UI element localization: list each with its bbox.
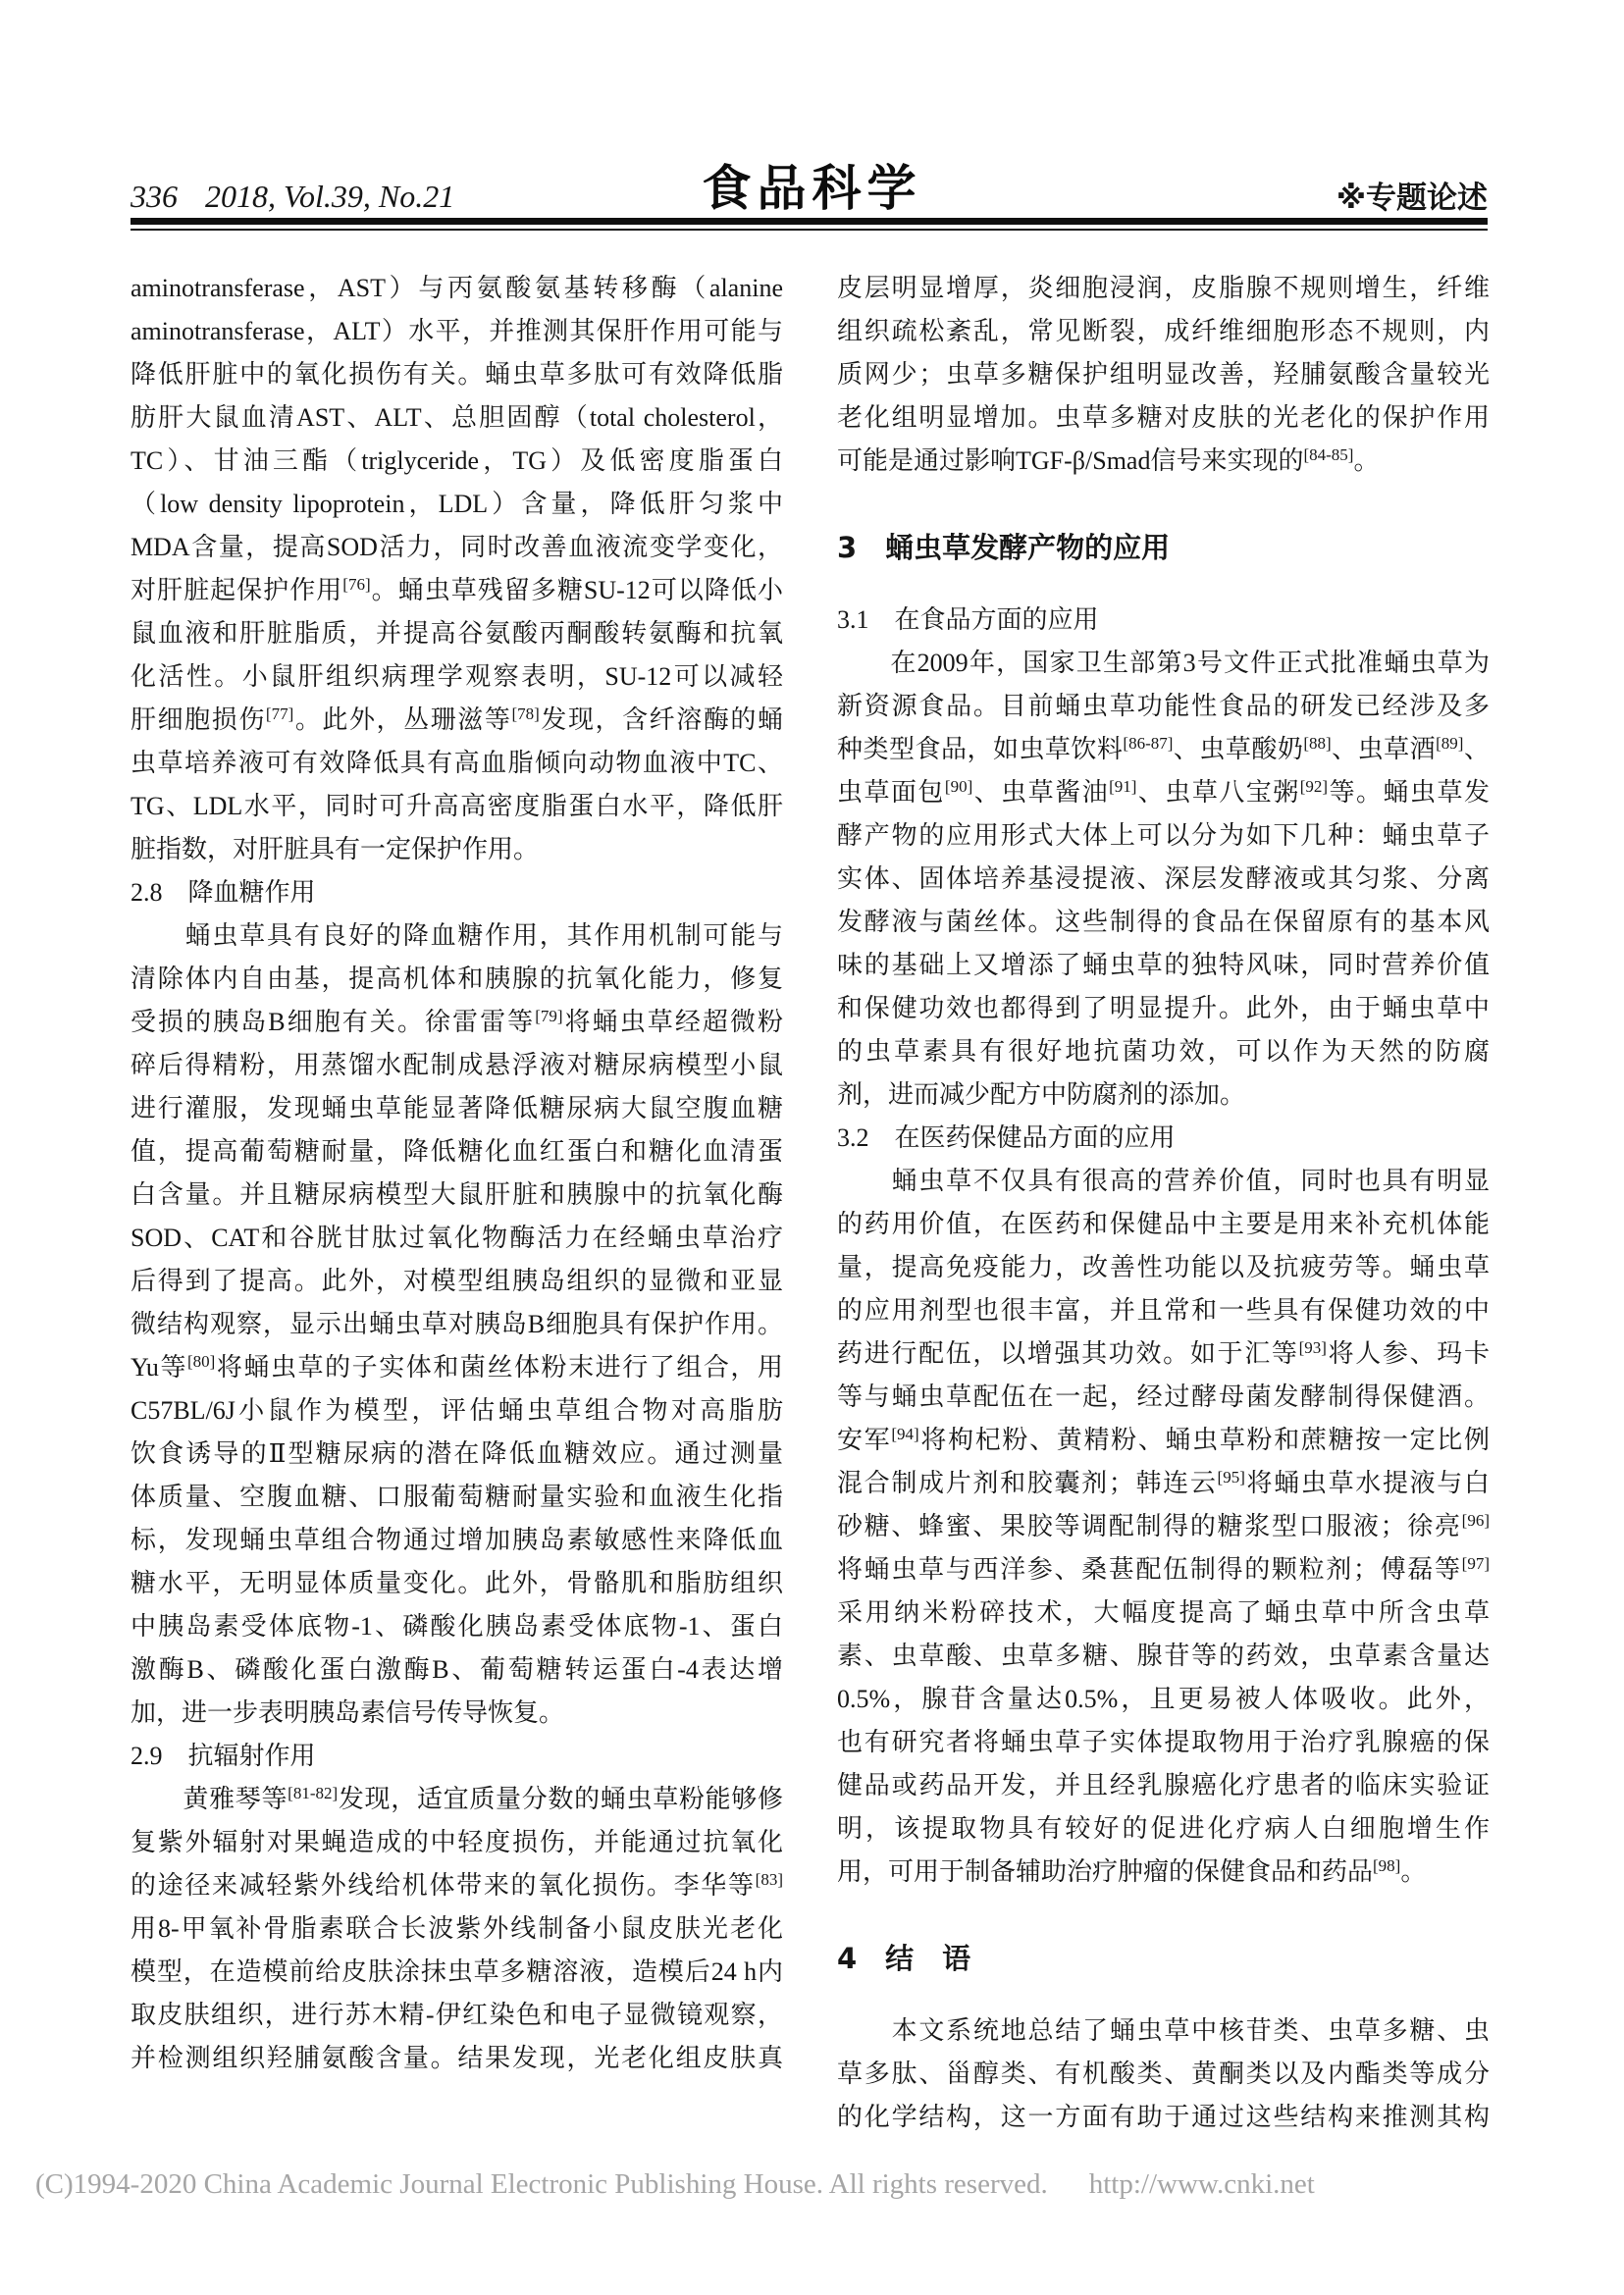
- body-line: 激酶B、磷酸化蛋白激酶B、葡萄糖转运蛋白-4表达增: [131, 1648, 783, 1692]
- subsection-heading: 3.1 在食品方面的应用: [837, 599, 1490, 642]
- page-footer: (C)1994-2020 China Academic Journal Elec…: [35, 2166, 1586, 2202]
- reference-marker: [93]: [1299, 1338, 1327, 1357]
- reference-marker: [90]: [945, 777, 972, 796]
- body-line: 体质量、空腹血糖、口服葡萄糖耐量实验和血液生化指: [131, 1476, 783, 1519]
- body-line: 清除体内自由基，提高机体和胰腺的抗氧化能力，修复: [131, 958, 783, 1001]
- body-line: TG、LDL水平，同时可升高高密度脂蛋白水平，降低肝: [131, 785, 783, 828]
- body-line: 白含量。并且糖尿病模型大鼠肝脏和胰腺中的抗氧化酶: [131, 1174, 783, 1217]
- body-line: 模型，在造模前给皮肤涂抹虫草多糖溶液，造模后24 h内: [131, 1951, 783, 1994]
- reference-marker: [97]: [1462, 1554, 1490, 1573]
- paragraph-end-line: 可能是通过影响TGF-β/Smad信号来实现的[84-85]。: [837, 440, 1490, 483]
- footer-url: http://www.cnki.net: [1089, 2168, 1315, 2200]
- reference-marker: [98]: [1373, 1856, 1400, 1875]
- left-text-column: aminotransferase，AST）与丙氨酸氨基转移酶（alanineam…: [131, 267, 783, 2080]
- subsection-heading: 2.9 抗辐射作用: [131, 1735, 783, 1778]
- body-line: 素、虫草酸、虫草多糖、腺苷等的药效，虫草素含量达: [837, 1635, 1490, 1678]
- body-line: 肝细胞损伤[77]。此外，丛珊滋等[78]发现，含纤溶酶的蛹: [131, 699, 783, 742]
- reference-marker: [79]: [535, 1007, 562, 1025]
- body-line: 和保健功效也都得到了明显提升。此外，由于蛹虫草中: [837, 987, 1490, 1030]
- copyright-text: (C)1994-2020 China Academic Journal Elec…: [35, 2168, 1048, 2200]
- body-line: 黄雅琴等[81-82]发现，适宜质量分数的蛹虫草粉能够修: [131, 1778, 783, 1821]
- body-line: aminotransferase，AST）与丙氨酸氨基转移酶（alanine: [131, 267, 783, 310]
- subsection-heading: 2.8 降血糖作用: [131, 871, 783, 914]
- header-rule-thin: [131, 229, 1488, 231]
- body-line: 的应用剂型也很丰富，并且常和一些具有保健功效的中: [837, 1289, 1490, 1332]
- body-line: TC）、甘油三酯（triglyceride，TG）及低密度脂蛋白: [131, 440, 783, 483]
- subsection-heading: 3.2 在医药保健品方面的应用: [837, 1117, 1490, 1160]
- body-line: 本文系统地总结了蛹虫草中核苷类、虫草多糖、虫: [837, 2009, 1490, 2053]
- body-line: 碎后得精粉，用蒸馏水配制成悬浮液对糖尿病模型小鼠: [131, 1044, 783, 1087]
- body-line: 肪肝大鼠血清AST、ALT、总胆固醇（total cholesterol，: [131, 396, 783, 440]
- body-line: SOD、CAT和谷胱甘肽过氧化物酶活力在经蛹虫草治疗: [131, 1217, 783, 1260]
- reference-marker: [95]: [1218, 1468, 1245, 1487]
- body-line: 实体、固体培养基浸提液、深层发酵液或其匀浆、分离: [837, 858, 1490, 901]
- reference-marker: [83]: [756, 1870, 783, 1889]
- body-line: 化活性。小鼠肝组织病理学观察表明，SU-12可以减轻: [131, 655, 783, 699]
- body-line: 饮食诱导的Ⅱ型糖尿病的潜在降低血糖效应。通过测量: [131, 1433, 783, 1476]
- body-line: 混合制成片剂和胶囊剂；韩连云[95]将蛹虫草水提液与白: [837, 1462, 1490, 1505]
- body-line: 药进行配伍，以增强其功效。如于汇等[93]将人参、玛卡: [837, 1332, 1490, 1376]
- body-line: 进行灌服，发现蛹虫草能显著降低糖尿病大鼠空腹血糖: [131, 1087, 783, 1130]
- body-line: 复紫外辐射对果蝇造成的中轻度损伤，并能通过抗氧化: [131, 1821, 783, 1864]
- reference-marker: [84-85]: [1303, 445, 1353, 464]
- right-text-column: 皮层明显增厚，炎细胞浸润，皮脂腺不规则增生，纤维组织疏松紊乱，常见断裂，成纤维细…: [837, 267, 1490, 2139]
- body-line: 后得到了提高。此外，对模型组胰岛组织的显微和亚显: [131, 1260, 783, 1303]
- body-line: 将蛹虫草与西洋参、桑葚配伍制得的颗粒剂；傅磊等[97]: [837, 1548, 1490, 1591]
- body-line: 安军[94]将枸杞粉、黄精粉、蛹虫草粉和蔗糖按一定比例: [837, 1419, 1490, 1462]
- header-rule-thick: [131, 218, 1488, 225]
- section-heading: 3 蛹虫草发酵产物的应用: [837, 526, 1490, 569]
- body-line: Yu等[80]将蛹虫草的子实体和菌丝体粉末进行了组合，用: [131, 1346, 783, 1389]
- journal-scan-page: 336 2018, Vol.39, No.21 食品科学 ※专题论述 amino…: [0, 0, 1624, 2295]
- body-line: 皮层明显增厚，炎细胞浸润，皮脂腺不规则增生，纤维: [837, 267, 1490, 310]
- reference-marker: [77]: [266, 704, 293, 723]
- reference-marker: [81-82]: [288, 1784, 338, 1802]
- body-line: 鼠血液和肝脏脂质，并提高谷氨酸丙酮酸转氨酶和抗氧: [131, 612, 783, 655]
- paragraph-end-line: 加，进一步表明胰岛素信号传导恢复。: [131, 1692, 783, 1735]
- column-section-label: ※专题论述: [1336, 179, 1488, 218]
- body-line: 在2009年，国家卫生部第3号文件正式批准蛹虫草为: [837, 642, 1490, 685]
- reference-marker: [92]: [1300, 777, 1328, 796]
- body-line: 虫草面包[90]、虫草酱油[91]、虫草八宝粥[92]等。蛹虫草发: [837, 771, 1490, 814]
- body-line: 的虫草素具有很好地抗菌功效，可以作为天然的防腐: [837, 1030, 1490, 1073]
- paragraph-end-line: 剂，进而减少配方中防腐剂的添加。: [837, 1073, 1490, 1117]
- body-line: 受损的胰岛B细胞有关。徐雷雷等[79]将蛹虫草经超微粉: [131, 1001, 783, 1044]
- body-line: 标，发现蛹虫草组合物通过增加胰岛素敏感性来降低血: [131, 1519, 783, 1562]
- reference-marker: [88]: [1303, 734, 1331, 753]
- body-line: 量，提高免疫能力，改善性功能以及抗疲劳等。蛹虫草: [837, 1246, 1490, 1289]
- reference-marker: [91]: [1109, 777, 1136, 796]
- body-line: 砂糖、蜂蜜、果胶等调配制得的糖浆型口服液；徐亮[96]: [837, 1505, 1490, 1548]
- body-line: 种类型食品，如虫草饮料[86-87]、虫草酸奶[88]、虫草酒[89]、: [837, 728, 1490, 771]
- reference-marker: [76]: [342, 575, 370, 594]
- body-line: 也有研究者将蛹虫草子实体提取物用于治疗乳腺癌的保: [837, 1721, 1490, 1764]
- body-line: 酵产物的应用形式大体上可以分为如下几种：蛹虫草子: [837, 814, 1490, 858]
- body-line: C57BL/6J小鼠作为模型，评估蛹虫草组合物对高脂肪: [131, 1389, 783, 1433]
- body-line: 老化组明显增加。虫草多糖对皮肤的光老化的保护作用: [837, 396, 1490, 440]
- body-line: 用8-甲氧补骨脂素联合长波紫外线制备小鼠皮肤光老化: [131, 1907, 783, 1951]
- body-line: 健品或药品开发，并且经乳腺癌化疗患者的临床实验证: [837, 1764, 1490, 1807]
- paragraph-end-line: 脏指数，对肝脏具有一定保护作用。: [131, 828, 783, 871]
- body-line: 等与蛹虫草配伍在一起，经过酵母菌发酵制得保健酒。: [837, 1376, 1490, 1419]
- body-line: 0.5%，腺苷含量达0.5%，且更易被人体吸收。此外，: [837, 1678, 1490, 1721]
- paragraph-end-line: 用，可用于制备辅助治疗肿瘤的保健食品和药品[98]。: [837, 1851, 1490, 1894]
- body-line: 糖水平，无明显体质量变化。此外，骨骼肌和脂肪组织: [131, 1562, 783, 1605]
- body-line: 质网少；虫草多糖保护组明显改善，羟脯氨酸含量较光: [837, 353, 1490, 396]
- body-line: 味的基础上又增添了蛹虫草的独特风味，同时营养价值: [837, 944, 1490, 987]
- section-heading: 4 结 语: [837, 1937, 1490, 1980]
- reference-marker: [96]: [1462, 1511, 1490, 1530]
- reference-marker: [78]: [511, 704, 539, 723]
- body-line: 的化学结构，这一方面有助于通过这些结构来推测其构: [837, 2096, 1490, 2139]
- body-line: 降低肝脏中的氧化损伤有关。蛹虫草多肽可有效降低脂: [131, 353, 783, 396]
- reference-marker: [89]: [1436, 734, 1463, 753]
- body-line: 微结构观察，显示出蛹虫草对胰岛B细胞具有保护作用。: [131, 1303, 783, 1346]
- body-line: 新资源食品。目前蛹虫草功能性食品的研发已经涉及多: [837, 685, 1490, 728]
- body-line: 蛹虫草具有良好的降血糖作用，其作用机制可能与: [131, 914, 783, 958]
- body-line: aminotransferase，ALT）水平，并推测其保肝作用可能与: [131, 310, 783, 353]
- body-line: 草多肽、甾醇类、有机酸类、黄酮类以及内酯类等成分: [837, 2053, 1490, 2096]
- body-line: 取皮肤组织，进行苏木精-伊红染色和电子显微镜观察，: [131, 1994, 783, 2037]
- body-line: 明，该提取物具有较好的促进化疗病人白细胞增生作: [837, 1807, 1490, 1851]
- body-line: （low density lipoprotein，LDL）含量，降低肝匀浆中: [131, 483, 783, 526]
- body-line: 发酵液与菌丝体。这些制得的食品在保留原有的基本风: [837, 901, 1490, 944]
- body-line: 对肝脏起保护作用[76]。蛹虫草残留多糖SU-12可以降低小: [131, 569, 783, 612]
- body-line: 值，提高葡萄糖耐量，降低糖化血红蛋白和糖化血清蛋: [131, 1130, 783, 1174]
- reference-marker: [86-87]: [1123, 734, 1173, 753]
- body-line: 采用纳米粉碎技术，大幅度提高了蛹虫草中所含虫草: [837, 1591, 1490, 1635]
- body-line: 中胰岛素受体底物-1、磷酸化胰岛素受体底物-1、蛋白: [131, 1605, 783, 1648]
- body-line: 组织疏松紊乱，常见断裂，成纤维细胞形态不规则，内: [837, 310, 1490, 353]
- body-line: MDA含量，提高SOD活力，同时改善血液流变学变化，: [131, 526, 783, 569]
- reference-marker: [80]: [187, 1352, 215, 1371]
- body-line: 的药用价值，在医药和保健品中主要是用来补充机体能: [837, 1203, 1490, 1246]
- body-line: 的途径来减轻紫外线给机体带来的氧化损伤。李华等[83]: [131, 1864, 783, 1907]
- body-line: 并检测组织羟脯氨酸含量。结果发现，光老化组皮肤真: [131, 2037, 783, 2080]
- body-line: 蛹虫草不仅具有很高的营养价值，同时也具有明显: [837, 1160, 1490, 1203]
- body-line: 虫草培养液可有效降低具有高血脂倾向动物血液中TC、: [131, 742, 783, 785]
- reference-marker: [94]: [891, 1425, 918, 1443]
